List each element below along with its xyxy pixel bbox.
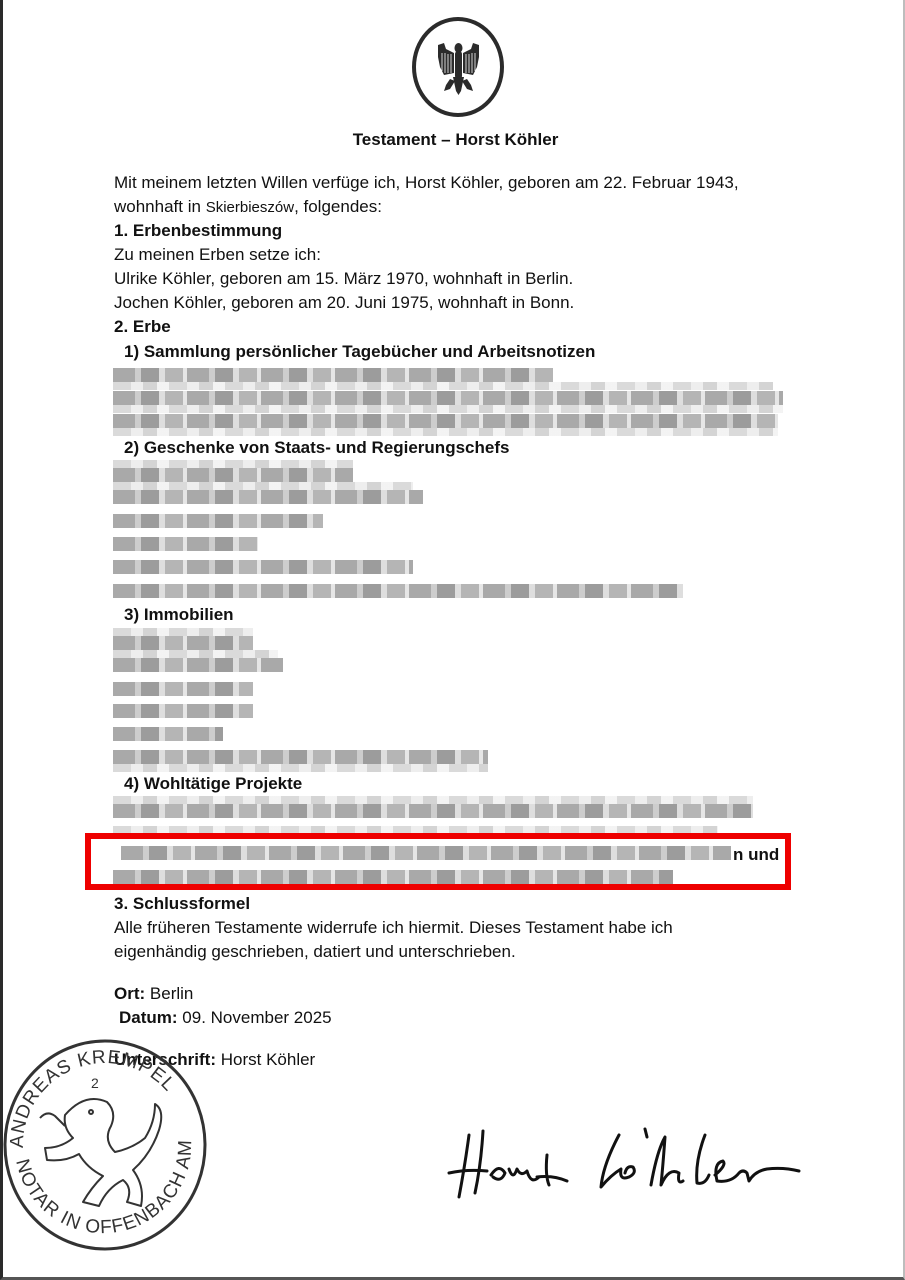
estate-item-1-label: 1) Sammlung persönlicher Tagebücher und … xyxy=(124,340,595,364)
closing-line-2: eigenhändig geschrieben, datiert und unt… xyxy=(114,940,516,964)
date-field: Datum: 09. November 2025 xyxy=(119,1006,332,1030)
signature-value: Horst Köhler xyxy=(216,1050,315,1069)
date-label: Datum: xyxy=(119,1008,178,1027)
intro-suffix: , folgendes: xyxy=(294,197,382,216)
handwritten-signature-icon xyxy=(443,1115,813,1205)
estate-item-4-label: 4) Wohltätige Projekte xyxy=(124,772,302,796)
svg-text:2: 2 xyxy=(91,1075,99,1091)
date-value: 09. November 2025 xyxy=(178,1008,332,1027)
place-value: Berlin xyxy=(145,984,193,1003)
section-heading-erbe: 2. Erbe xyxy=(114,315,171,339)
place-label: Ort: xyxy=(114,984,145,1003)
highlight-box xyxy=(85,833,791,890)
document-page: Testament – Horst Köhler Mit meinem letz… xyxy=(0,0,905,1280)
estate-item-3-label: 3) Immobilien xyxy=(124,603,234,627)
residence-place: Skierbieszów xyxy=(206,199,294,216)
notary-stamp-icon: ANDREAS KREMPEL NOTAR IN OFFENBACH AM MA… xyxy=(0,1030,210,1252)
heir-2: Jochen Köhler, geboren am 20. Juni 1975,… xyxy=(114,291,574,315)
federal-eagle-emblem xyxy=(412,17,504,117)
intro-line-2: wohnhaft in Skierbieszów, folgendes: xyxy=(114,195,382,220)
intro-prefix: wohnhaft in xyxy=(114,197,206,216)
section-heading-erbenbestimmung: 1. Erbenbestimmung xyxy=(114,219,282,243)
svg-text:ANDREAS KREMPEL: ANDREAS KREMPEL xyxy=(7,1047,180,1148)
place-field: Ort: Berlin xyxy=(114,982,193,1006)
section-heading-schlussformel: 3. Schlussformel xyxy=(114,892,250,916)
eagle-icon xyxy=(436,39,481,97)
intro-line-1: Mit meinem letzten Willen verfüge ich, H… xyxy=(114,171,739,195)
heirs-lead: Zu meinen Erben setze ich: xyxy=(114,243,321,267)
heir-1: Ulrike Köhler, geboren am 15. März 1970,… xyxy=(114,267,573,291)
document-title: Testament – Horst Köhler xyxy=(3,130,905,150)
estate-item-2-label: 2) Geschenke von Staats- und Regierungsc… xyxy=(124,436,509,460)
closing-line-1: Alle früheren Testamente widerrufe ich h… xyxy=(114,916,673,940)
